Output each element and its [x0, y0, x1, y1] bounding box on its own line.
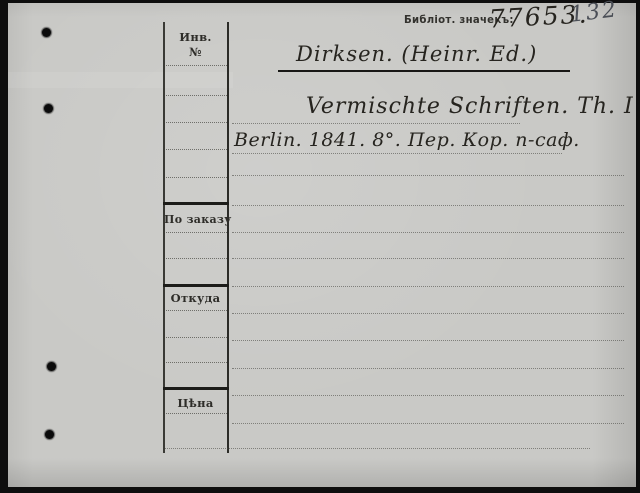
- origin-label: Откуда: [164, 291, 227, 305]
- ruled-line: [232, 395, 624, 396]
- ruled-line: [164, 149, 227, 150]
- library-card-scan: Инв. № По заказу Откуда Цѣна Библіот. зн…: [0, 0, 640, 493]
- ruled-line: [232, 175, 624, 176]
- ruled-line: [164, 65, 227, 66]
- ruled-line: [232, 286, 624, 287]
- title-line: Vermischte Schriften. Th. I: [306, 94, 634, 119]
- inventory-label-line2: №: [164, 45, 227, 59]
- ruled-line: [232, 153, 562, 154]
- imprint-line: Berlin. 1841. 8°. Пер. Кор. п-саф.: [234, 129, 580, 151]
- ruled-line: [164, 413, 227, 414]
- author-underline: [278, 70, 570, 72]
- inventory-label-line1: Инв.: [164, 30, 227, 44]
- section-divider: [163, 387, 229, 390]
- ruled-line: [164, 362, 227, 363]
- punch-hole: [42, 28, 51, 37]
- ruled-line: [232, 232, 624, 233]
- section-divider: [163, 284, 229, 287]
- ruled-line: [232, 205, 624, 206]
- section-divider: [163, 202, 229, 205]
- ruled-line: [164, 310, 227, 311]
- ruled-line: [232, 258, 624, 259]
- ruled-line: [232, 123, 520, 124]
- ruled-line: [232, 313, 624, 314]
- ruled-line: [165, 448, 590, 449]
- ruled-line: [164, 258, 227, 259]
- price-label: Цѣна: [164, 396, 227, 410]
- ruled-line: [164, 337, 227, 338]
- ruled-line: [232, 368, 624, 369]
- order-label: По заказу: [164, 213, 227, 226]
- ruled-line: [164, 177, 227, 178]
- ruled-line: [164, 232, 227, 233]
- ruled-line: [232, 423, 624, 424]
- ruled-line: [164, 122, 227, 123]
- author-line: Dirksen. (Heinr. Ed.): [296, 42, 537, 66]
- ruled-line: [164, 95, 227, 96]
- punch-hole: [47, 362, 56, 371]
- punch-hole: [44, 104, 53, 113]
- ruled-line: [232, 340, 624, 341]
- scan-artifact-band: [8, 72, 233, 88]
- punch-hole: [45, 430, 54, 439]
